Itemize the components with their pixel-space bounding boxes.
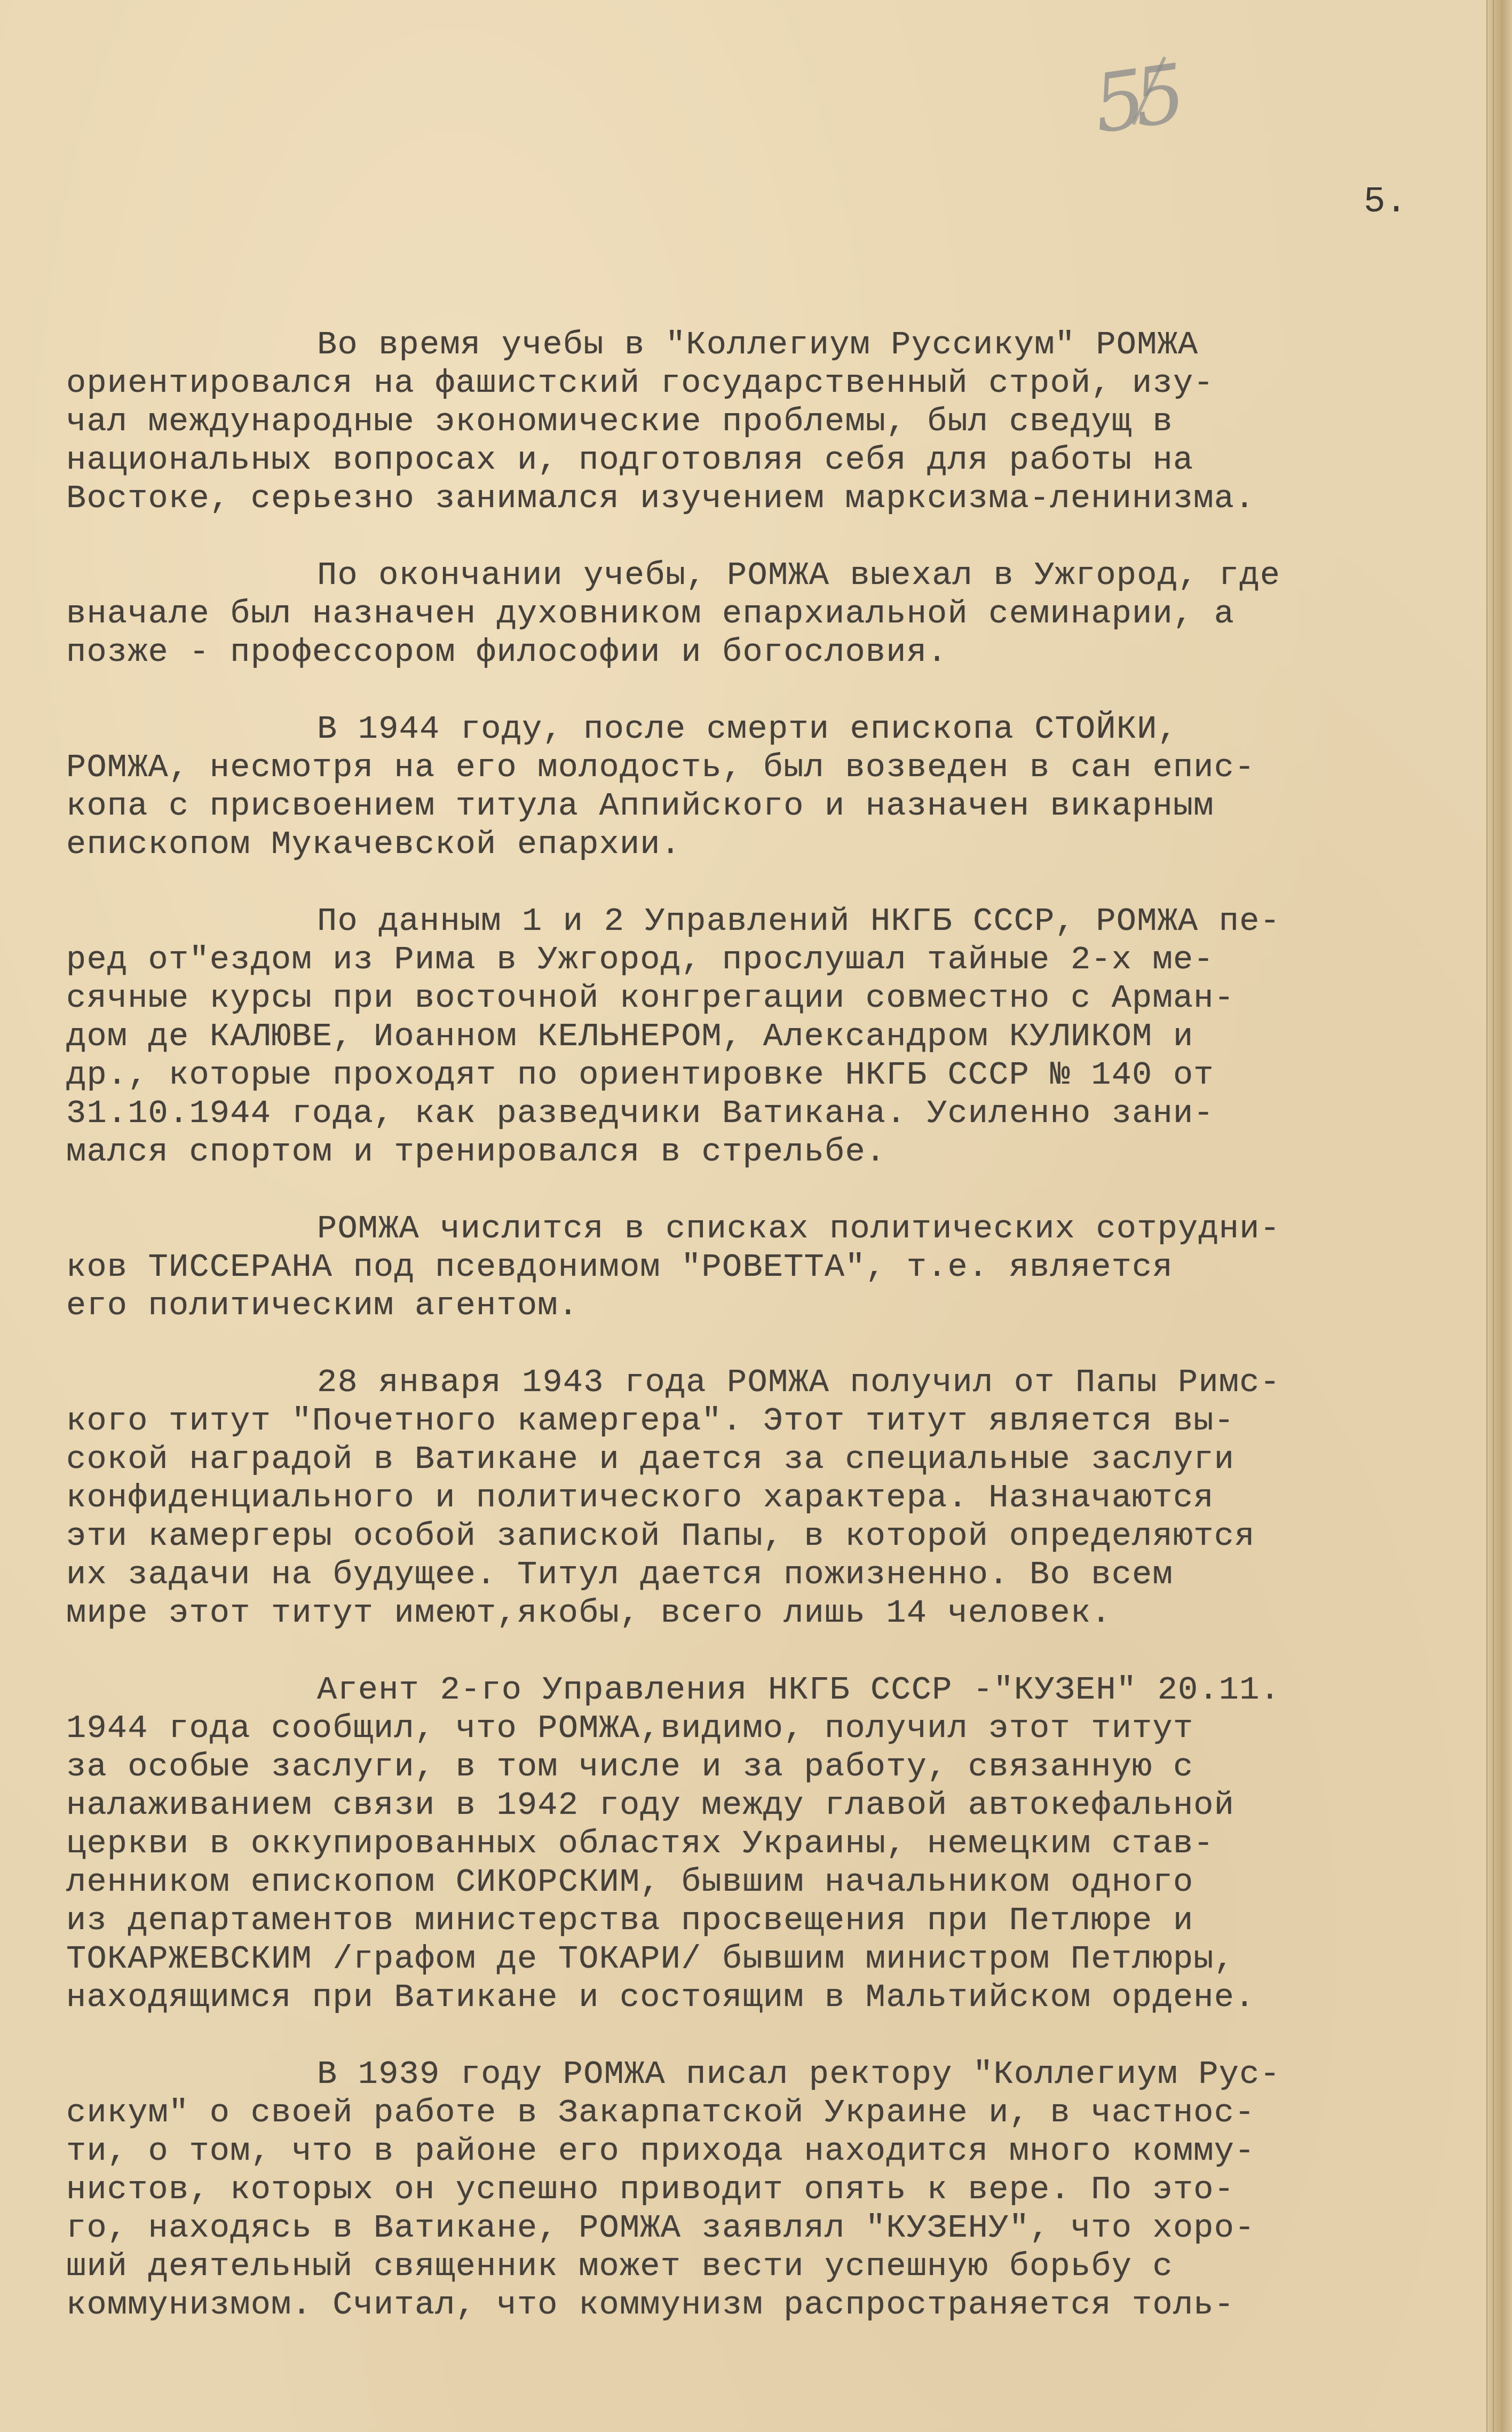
text-line: ориентировался на фашистский государстве…	[66, 364, 1486, 402]
text-line: ти, о том, что в районе его прихода нахо…	[66, 2132, 1486, 2170]
paragraph-tisserant: РОМЖА числится в списках политических со…	[66, 1210, 1486, 1325]
text-line: чал международные экономические проблемы…	[66, 402, 1486, 441]
text-line: церкви в оккупированных областях Украины…	[66, 1825, 1486, 1863]
text-line: 1944 года сообщил, что РОМЖА,видимо, пол…	[66, 1709, 1486, 1748]
text-line: РОМЖА числится в списках политических со…	[66, 1210, 1486, 1248]
document-page: 55 5. Во время учебы в "Коллегиум Руссик…	[0, 0, 1512, 2432]
text-line: позже - профессором философии и богослов…	[66, 633, 1486, 672]
text-line: го, находясь в Ватикане, РОМЖА заявлял "…	[66, 2209, 1486, 2247]
text-line: из департаментов министерства просвещени…	[66, 1901, 1486, 1940]
text-line: 31.10.1944 года, как разведчики Ватикана…	[66, 1094, 1486, 1133]
text-line: Востоке, серьезно занимался изучением ма…	[66, 479, 1486, 518]
text-line: коммунизмом. Считал, что коммунизм распр…	[66, 2286, 1486, 2324]
paragraph-1939-letter: В 1939 году РОМЖА писал ректору "Коллеги…	[66, 2055, 1486, 2324]
text-line: нистов, которых он успешно приводит опят…	[66, 2170, 1486, 2209]
text-line: др., которые проходят по ориентировке НК…	[66, 1056, 1486, 1094]
text-line: мался спортом и тренировался в стрельбе.	[66, 1133, 1486, 1171]
text-line: за особые заслуги, в том числе и за рабо…	[66, 1748, 1486, 1786]
text-line: их задачи на будущее. Титул дается пожиз…	[66, 1555, 1486, 1594]
text-line: кого титут "Почетного камергера". Этот т…	[66, 1402, 1486, 1440]
paragraph-1944-bishop: В 1944 году, после смерти епископа СТОЙК…	[66, 710, 1486, 864]
text-line: ред от"ездом из Рима в Ужгород, прослуша…	[66, 941, 1486, 979]
text-line: находящимся при Ватикане и состоящим в М…	[66, 1978, 1486, 2017]
text-line: ленником епископом СИКОРСКИМ, бывшим нач…	[66, 1863, 1486, 1901]
text-line: Агент 2-го Управления НКГБ СССР -"КУЗЕН"…	[66, 1671, 1486, 1709]
text-line: епископом Мукачевской епархии.	[66, 825, 1486, 864]
paragraph-chamberlain: 28 января 1943 года РОМЖА получил от Пап…	[66, 1363, 1486, 1632]
text-line: ТОКАРЖЕВСКИМ /графом де ТОКАРИ/ бывшим м…	[66, 1940, 1486, 1978]
text-line: ков ТИССЕРАНА под псевдонимом "РОВЕТТА",…	[66, 1248, 1486, 1286]
text-line: копа с присвоением титула Аппийского и н…	[66, 787, 1486, 825]
text-line: ший деятельный священник может вести усп…	[66, 2247, 1486, 2286]
text-line: По данным 1 и 2 Управлений НКГБ СССР, РО…	[66, 902, 1486, 941]
paragraph-nkgb-courses: По данным 1 и 2 Управлений НКГБ СССР, РО…	[66, 902, 1486, 1171]
paragraph-uzhgorod: По окончании учебы, РОМЖА выехал в Ужгор…	[66, 556, 1486, 672]
text-line: налаживанием связи в 1942 году между гла…	[66, 1786, 1486, 1825]
text-line: вначале был назначен духовником епархиал…	[66, 595, 1486, 633]
text-line: 28 января 1943 года РОМЖА получил от Пап…	[66, 1363, 1486, 1402]
page-number: 5.	[1364, 181, 1407, 223]
text-line: В 1939 году РОМЖА писал ректору "Коллеги…	[66, 2055, 1486, 2094]
text-line: сокой наградой в Ватикане и дается за сп…	[66, 1440, 1486, 1479]
text-line: сикум" о своей работе в Закарпатской Укр…	[66, 2094, 1486, 2132]
text-line: РОМЖА, несмотря на его молодость, был во…	[66, 748, 1486, 787]
text-line: конфиденциального и политического характ…	[66, 1479, 1486, 1517]
paragraph-studies: Во время учебы в "Коллегиум Руссикум" РО…	[66, 326, 1486, 518]
text-line: дом де КАЛЮВЕ, Иоанном КЕЛЬНЕРОМ, Алекса…	[66, 1017, 1486, 1056]
text-line: сячные курсы при восточной конгрегации с…	[66, 979, 1486, 1017]
text-line: национальных вопросах и, подготовляя себ…	[66, 441, 1486, 479]
text-line: мире этот титут имеют,якобы, всего лишь …	[66, 1594, 1486, 1632]
text-line: эти камергеры особой запиской Папы, в ко…	[66, 1517, 1486, 1555]
document-body: Во время учебы в "Коллегиум Руссикум" РО…	[66, 326, 1486, 2363]
text-line: Во время учебы в "Коллегиум Руссикум" РО…	[66, 326, 1486, 364]
text-line: В 1944 году, после смерти епископа СТОЙК…	[66, 710, 1486, 748]
page-edge	[1486, 0, 1512, 2432]
text-line: По окончании учебы, РОМЖА выехал в Ужгор…	[66, 556, 1486, 595]
text-line: его политическим агентом.	[66, 1286, 1486, 1325]
handwritten-folio-number: 55	[1088, 48, 1181, 151]
paragraph-agent-kuzen: Агент 2-го Управления НКГБ СССР -"КУЗЕН"…	[66, 1671, 1486, 2017]
